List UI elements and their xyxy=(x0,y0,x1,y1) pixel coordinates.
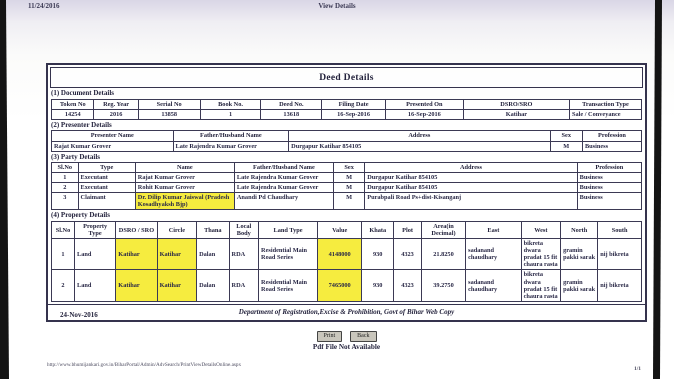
column-header: Deed No. xyxy=(261,99,322,109)
cell: RDA xyxy=(229,239,259,270)
presenter-details-table: Presenter NameFather/Husband NameAddress… xyxy=(51,130,642,151)
cell: 13858 xyxy=(138,109,200,119)
column-header: West xyxy=(521,222,561,239)
table-row: 2LandKatiharKatiharDalanRDAResidential M… xyxy=(52,270,642,301)
cell: Late Rajendra Kumar Grover xyxy=(234,173,333,183)
cell: 930 xyxy=(362,270,394,301)
column-header: Local Body xyxy=(229,222,259,239)
pdf-status: Pdf File Not Available xyxy=(46,343,647,351)
column-header: Sex xyxy=(333,163,364,173)
cell: nij bikreta xyxy=(598,270,642,301)
cell: 1 xyxy=(200,109,261,119)
cell: 39.2750 xyxy=(421,270,465,301)
column-header: Presented On xyxy=(385,99,463,109)
scan-edge-right xyxy=(653,0,662,379)
department-line: Department of Registration,Excise & Proh… xyxy=(127,308,567,317)
column-header: Father/Husband Name xyxy=(234,163,333,173)
column-header: DSRO/SRO xyxy=(463,99,569,109)
table-row: 1LandKatiharKatiharDalanRDAResidential M… xyxy=(52,239,642,270)
column-header: Book No. xyxy=(200,99,261,109)
section-label-presenter-details: (2) Presenter Details xyxy=(51,122,645,130)
deed-title: Deed Details xyxy=(50,67,643,88)
cell: 2 xyxy=(52,270,75,301)
cell: 14254 xyxy=(52,109,94,119)
cell: Business xyxy=(577,183,641,193)
cell: Anandi Pd Chaudhary xyxy=(234,193,333,210)
section-label-party-details: (3) Party Details xyxy=(51,154,645,162)
cell: 930 xyxy=(362,239,394,270)
cell: Durgapur Katihar 854105 xyxy=(365,173,577,183)
column-header: Profession xyxy=(582,131,641,141)
cell: Business xyxy=(577,173,641,183)
table-row: 1425420161385811361816-Sep-201616-Sep-20… xyxy=(52,109,642,119)
column-header: Property Type xyxy=(75,222,116,239)
cell: RDA xyxy=(229,270,259,301)
cell: Rajat Kumar Grover xyxy=(52,141,174,151)
cell: Katihar xyxy=(116,239,157,270)
cell: 4323 xyxy=(394,270,422,301)
party-details-table: Sl.NoTypeNameFather/Husband NameSexAddre… xyxy=(51,162,642,210)
cell: Katihar xyxy=(116,270,157,301)
page-indicator: 1/1 xyxy=(634,366,641,372)
cell: Purabpali Road Ps+dist-Kisanganj xyxy=(365,193,577,210)
cell: 21.8250 xyxy=(421,239,465,270)
cell: gramin pakki sarak xyxy=(561,270,598,301)
table-row: 2ExecutantRohit Kumar GroverLate Rajendr… xyxy=(52,183,642,193)
column-header: Type xyxy=(78,163,135,173)
scan-edge-left xyxy=(0,0,9,379)
cell: Katihar xyxy=(157,239,197,270)
property-details-table: Sl.NoProperty TypeDSRO / SROCircleThanaL… xyxy=(51,221,642,301)
cell: Residential Main Road Series xyxy=(259,270,318,301)
cell: 3 xyxy=(52,193,79,210)
column-header: Filing Date xyxy=(322,99,386,109)
column-header: South xyxy=(598,222,642,239)
column-header: Thana xyxy=(197,222,229,239)
cell: 2 xyxy=(52,183,79,193)
cell: Late Rajendra Kumar Grover xyxy=(173,141,289,151)
table-row: 1ExecutantRajat Kumar GroverLate Rajendr… xyxy=(52,173,642,183)
cell: Durgapur Katihar 854105 xyxy=(365,183,577,193)
column-header: Sl.No xyxy=(52,163,79,173)
table-row: Rajat Kumar GroverLate Rajendra Kumar Gr… xyxy=(52,141,642,151)
cell: Executant xyxy=(78,173,135,183)
cell: M xyxy=(333,193,364,210)
footer-url: http://www.bhumijankari.gov.in/BiharPort… xyxy=(47,362,241,368)
column-header: Address xyxy=(365,163,577,173)
column-header: Reg. Year xyxy=(94,99,138,109)
cell: M xyxy=(333,183,364,193)
cell: 1 xyxy=(52,239,75,270)
scanned-page-content: Deed Details (1) Document Details Token … xyxy=(46,63,647,351)
cell: 16-Sep-2016 xyxy=(322,109,386,119)
action-buttons: Print Back xyxy=(46,324,647,342)
cell: bikreta dwara pradat 15 fit chaura rasta xyxy=(521,239,561,270)
cell: gramin pakki sarak xyxy=(561,239,598,270)
column-header: Sex xyxy=(550,131,582,141)
cell: Claimant xyxy=(78,193,135,210)
table-row: 3ClaimantDr. Dilip Kumar Jaiswal (Prades… xyxy=(52,193,642,210)
cell: Katihar xyxy=(463,109,569,119)
cell: bikreta dwara pradat 15 fit chaura rasta xyxy=(521,270,561,301)
column-header: Name xyxy=(135,163,234,173)
column-header: Land Type xyxy=(259,222,318,239)
page-title: View Details xyxy=(0,2,674,10)
cell: Executant xyxy=(78,183,135,193)
cell: M xyxy=(333,173,364,183)
column-header: Area(in Decimal) xyxy=(421,222,465,239)
cell: Durgapur Katihar 854105 xyxy=(289,141,550,151)
cell: nij bikreta xyxy=(598,239,642,270)
cell: Land xyxy=(75,239,116,270)
column-header: Khata xyxy=(362,222,394,239)
cell: Late Rajendra Kumar Grover xyxy=(234,183,333,193)
cell: Katihar xyxy=(157,270,197,301)
cell: Business xyxy=(582,141,641,151)
column-header: DSRO / SRO xyxy=(116,222,157,239)
print-header: 11/24/2016 View Details xyxy=(0,2,674,14)
column-header: Transaction Type xyxy=(569,99,641,109)
column-header: East xyxy=(466,222,521,239)
cell: Dalan xyxy=(197,239,229,270)
cell: Dr. Dilip Kumar Jaiswal (Pradesh Kosadhy… xyxy=(135,193,234,210)
cell: Dalan xyxy=(197,270,229,301)
deed-document-box: Deed Details (1) Document Details Token … xyxy=(46,63,647,322)
column-header: Profession xyxy=(577,163,641,173)
column-header: Circle xyxy=(157,222,197,239)
cell: 7465000 xyxy=(318,270,362,301)
column-header: Sl.No xyxy=(52,222,75,239)
cell: 4323 xyxy=(394,239,422,270)
cell: Land xyxy=(75,270,116,301)
section-label-property-details: (4) Property Details xyxy=(51,212,645,220)
back-button[interactable]: Back xyxy=(350,331,376,342)
document-footer: 24-Nov-2016 Department of Registration,E… xyxy=(48,304,645,321)
cell: Residential Main Road Series xyxy=(259,239,318,270)
section-label-document-details: (1) Document Details xyxy=(51,90,645,98)
cell: Rajat Kumar Grover xyxy=(135,173,234,183)
cell: 16-Sep-2016 xyxy=(385,109,463,119)
column-header: North xyxy=(561,222,598,239)
column-header: Presenter Name xyxy=(52,131,174,141)
column-header: Father/Husband Name xyxy=(173,131,289,141)
column-header: Value xyxy=(318,222,362,239)
cell: Business xyxy=(577,193,641,210)
column-header: Token No xyxy=(52,99,94,109)
cell: sadanand chaudhary xyxy=(466,239,521,270)
cell: sadanand chaudhary xyxy=(466,270,521,301)
footer-date: 24-Nov-2016 xyxy=(60,311,98,319)
column-header: Serial No xyxy=(138,99,200,109)
document-details-table: Token NoReg. YearSerial NoBook No.Deed N… xyxy=(51,99,642,120)
cell: 2016 xyxy=(94,109,138,119)
print-button[interactable]: Print xyxy=(317,331,343,342)
cell: Sale / Conveyance xyxy=(569,109,641,119)
cell: 4148000 xyxy=(318,239,362,270)
cell: M xyxy=(550,141,582,151)
column-header: Address xyxy=(289,131,550,141)
cell: 1 xyxy=(52,173,79,183)
cell: Rohit Kumar Grover xyxy=(135,183,234,193)
cell: 13618 xyxy=(261,109,322,119)
column-header: Plot xyxy=(394,222,422,239)
